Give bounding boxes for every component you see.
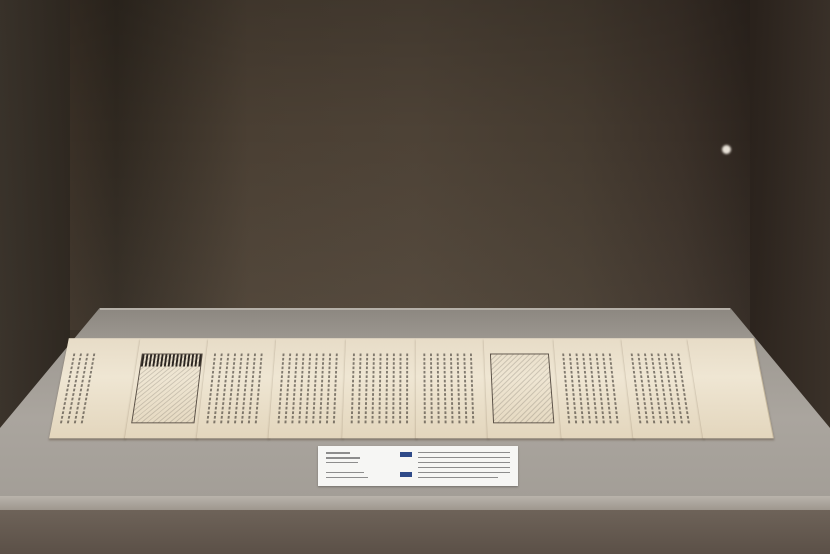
museum-display-photo (0, 0, 830, 554)
sutra-panel (125, 338, 209, 438)
light-reflection (722, 145, 731, 154)
pavilion-roof-illustration (141, 354, 202, 366)
wall-shading (0, 0, 830, 330)
case-front-ledge (0, 496, 830, 510)
label-subtitle-text (326, 457, 360, 459)
frontispiece-illustration (131, 354, 203, 424)
sutra-artifact (48, 338, 774, 444)
language-tag-korean (400, 452, 412, 457)
label-english-text (326, 472, 364, 473)
label-description-text (418, 472, 510, 473)
label-description-text (418, 467, 510, 468)
label-description-text (418, 462, 510, 463)
label-title-text (326, 452, 350, 454)
case-base (0, 510, 830, 554)
language-tag-english (400, 472, 412, 477)
sutra-panel (342, 338, 417, 438)
label-english-text (326, 477, 368, 478)
sutra-panel (197, 338, 277, 438)
sutra-panel (484, 338, 563, 438)
label-detail-text (326, 462, 358, 463)
label-description-text (418, 452, 510, 453)
exhibit-label-card (318, 446, 518, 486)
buddha-figures-illustration (490, 354, 554, 424)
label-description-text (418, 457, 510, 458)
platform-edge (100, 308, 730, 310)
sutra-panel (416, 338, 489, 438)
sutra-panel (268, 338, 346, 438)
label-description-text (418, 477, 498, 478)
